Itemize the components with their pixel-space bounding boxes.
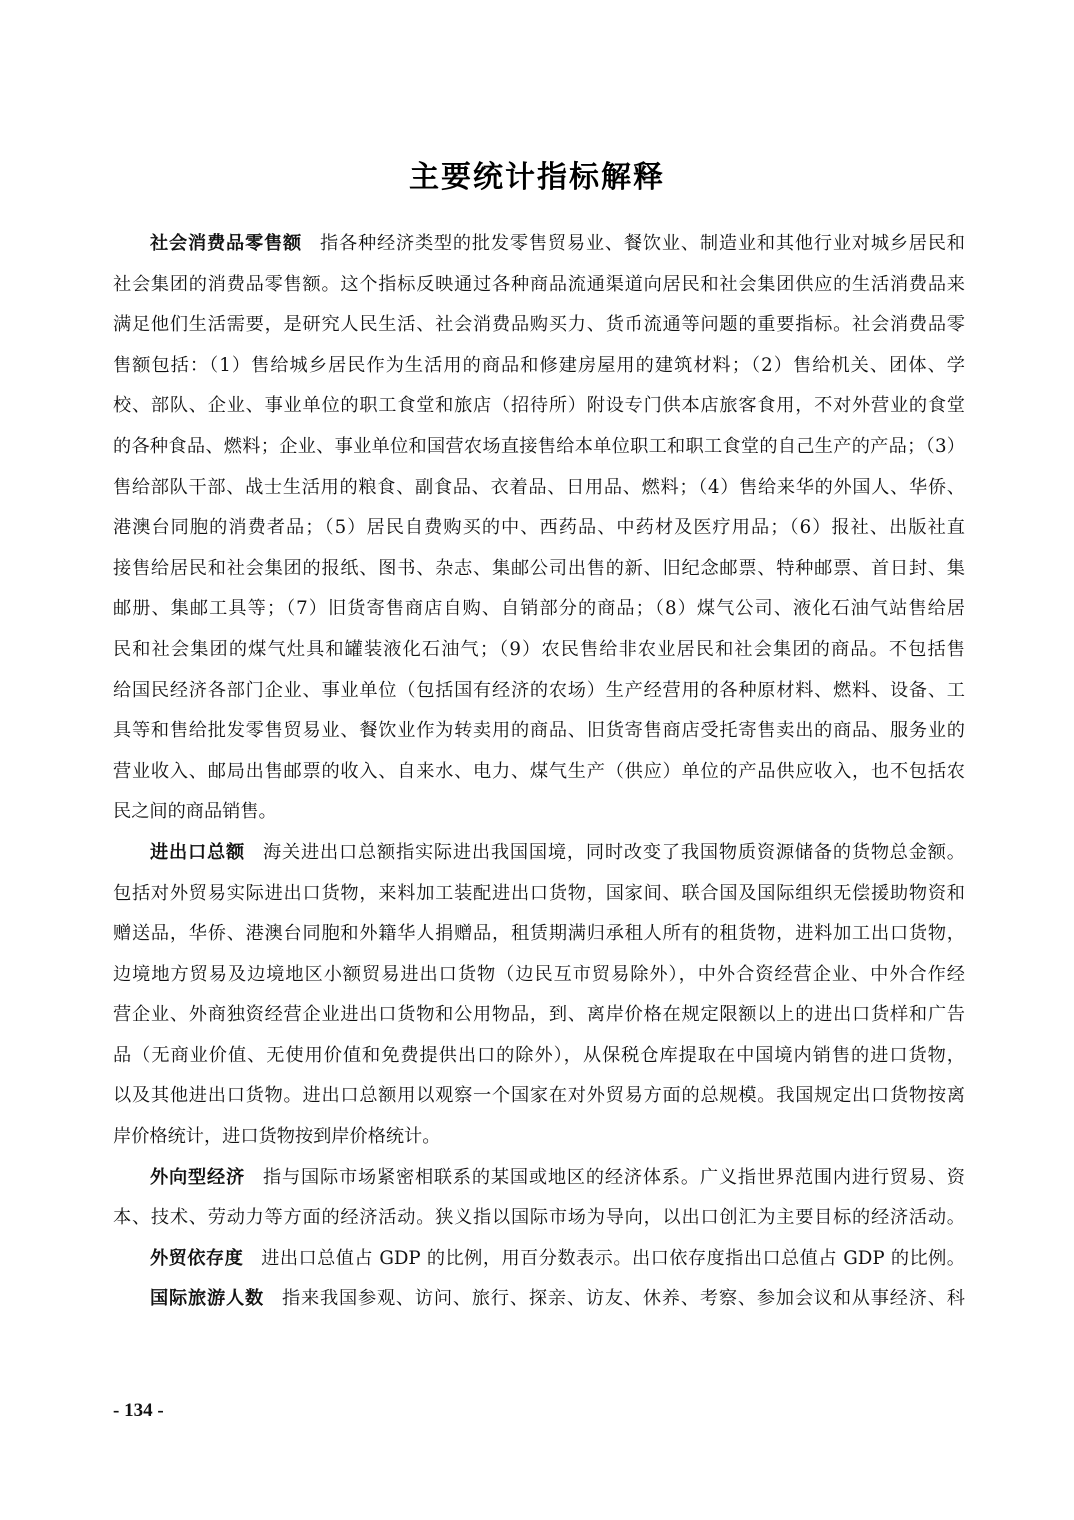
paragraph-line: 进出口总额海关进出口总额指实际进出我国国境，同时改变了我国物质资源储备的货物总金…	[113, 837, 965, 878]
paragraph-line: 满足他们生活需要，是研究人民生活、社会消费品购买力、货币流通等问题的重要指标。社…	[113, 309, 965, 350]
text: 指各种经济类型的批发零售贸易业、餐饮业、制造业和其他行业对城乡居民和	[320, 233, 965, 254]
paragraph-line: 以及其他进出口货物。进出口总额用以观察一个国家在对外贸易方面的总规模。我国规定出…	[113, 1080, 965, 1121]
paragraph-line: 社会集团的消费品零售额。这个指标反映通过各种商品流通渠道向居民和社会集团供应的生…	[113, 269, 965, 310]
page-number: - 134 -	[113, 1400, 164, 1422]
paragraph-line: 接售给居民和社会集团的报纸、图书、杂志、集邮公司出售的新、旧纪念邮票、特种邮票、…	[113, 553, 965, 594]
paragraph-line: 包括对外贸易实际进出口货物，来料加工装配进出口货物，国家间、联合国及国际组织无偿…	[113, 878, 965, 919]
paragraph-line: 邮册、集邮工具等；（7）旧货寄售商店自购、自销部分的商品；（8）煤气公司、液化石…	[113, 593, 965, 634]
paragraph-line: 赠送品，华侨、港澳台同胞和外籍华人捐赠品，租赁期满归承租人所有的租货物，进料加工…	[113, 918, 965, 959]
paragraph-line: 的各种食品、燃料；企业、事业单位和国营农场直接售给本单位职工和职工食堂的自己生产…	[113, 431, 965, 472]
text: 指与国际市场紧密相联系的某国或地区的经济体系。广义指世界范围内进行贸易、资	[263, 1167, 965, 1188]
paragraph-line: 具等和售给批发零售贸易业、餐饮业作为转卖用的商品、旧货寄售商店受托寄售卖出的商品…	[113, 715, 965, 756]
paragraph-line: 售给部队干部、战士生活用的粮食、副食品、衣着品、日用品、燃料；（4）售给来华的外…	[113, 472, 965, 513]
term-heading: 国际旅游人数	[150, 1288, 264, 1309]
term-heading: 社会消费品零售额	[150, 233, 302, 254]
paragraph-line: 港澳台同胞的消费者品；（5）居民自费购买的中、西药品、中药材及医疗用品；（6）报…	[113, 512, 965, 553]
paragraph-line: 边境地方贸易及边境地区小额贸易进出口货物（边民互市贸易除外），中外合资经营企业、…	[113, 959, 965, 1000]
paragraph-line: 民之间的商品销售。	[113, 796, 965, 837]
paragraph-line: 国际旅游人数指来我国参观、访问、旅行、探亲、访友、休养、考察、参加会议和从事经济…	[113, 1283, 965, 1324]
paragraph-line: 民和社会集团的煤气灶具和罐装液化石油气；（9）农民售给非农业居民和社会集团的商品…	[113, 634, 965, 675]
text: 指来我国参观、访问、旅行、探亲、访友、休养、考察、参加会议和从事经济、科	[282, 1288, 965, 1309]
paragraph-line: 外向型经济指与国际市场紧密相联系的某国或地区的经济体系。广义指世界范围内进行贸易…	[113, 1162, 965, 1203]
term-heading: 外向型经济	[150, 1167, 245, 1188]
paragraph-line: 本、技术、劳动力等方面的经济活动。狭义指以国际市场为导向，以出口创汇为主要目标的…	[113, 1202, 965, 1243]
term-heading: 外贸依存度	[150, 1248, 243, 1269]
paragraph-line: 社会消费品零售额指各种经济类型的批发零售贸易业、餐饮业、制造业和其他行业对城乡居…	[113, 228, 965, 269]
page-title: 主要统计指标解释	[0, 152, 1074, 196]
paragraph-line: 营企业、外商独资经营企业进出口货物和公用物品，到、离岸价格在规定限额以上的进出口…	[113, 999, 965, 1040]
paragraph-line: 给国民经济各部门企业、事业单位（包括国有经济的农场）生产经营用的各种原材料、燃料…	[113, 675, 965, 716]
document-body: 社会消费品零售额指各种经济类型的批发零售贸易业、餐饮业、制造业和其他行业对城乡居…	[113, 228, 965, 1324]
paragraph-line: 岸价格统计，进口货物按到岸价格统计。	[113, 1121, 965, 1162]
paragraph-line: 外贸依存度进出口总值占 GDP 的比例，用百分数表示。出口依存度指出口总值占 G…	[113, 1243, 965, 1284]
paragraph-line: 品（无商业价值、无使用价值和免费提供出口的除外），从保税仓库提取在中国境内销售的…	[113, 1040, 965, 1081]
paragraph-line: 校、部队、企业、事业单位的职工食堂和旅店（招待所）附设专门供本店旅客食用，不对外…	[113, 390, 965, 431]
paragraph-line: 营业收入、邮局出售邮票的收入、自来水、电力、煤气生产（供应）单位的产品供应收入，…	[113, 756, 965, 797]
paragraph-line: 售额包括：（1）售给城乡居民作为生活用的商品和修建房屋用的建筑材料；（2）售给机…	[113, 350, 965, 391]
text: 进出口总值占 GDP 的比例，用百分数表示。出口依存度指出口总值占 GDP 的比…	[261, 1248, 965, 1269]
term-heading: 进出口总额	[150, 842, 245, 863]
text: 海关进出口总额指实际进出我国国境，同时改变了我国物质资源储备的货物总金额。	[263, 842, 965, 863]
document-page: 主要统计指标解释 社会消费品零售额指各种经济类型的批发零售贸易业、餐饮业、制造业…	[0, 0, 1074, 1520]
